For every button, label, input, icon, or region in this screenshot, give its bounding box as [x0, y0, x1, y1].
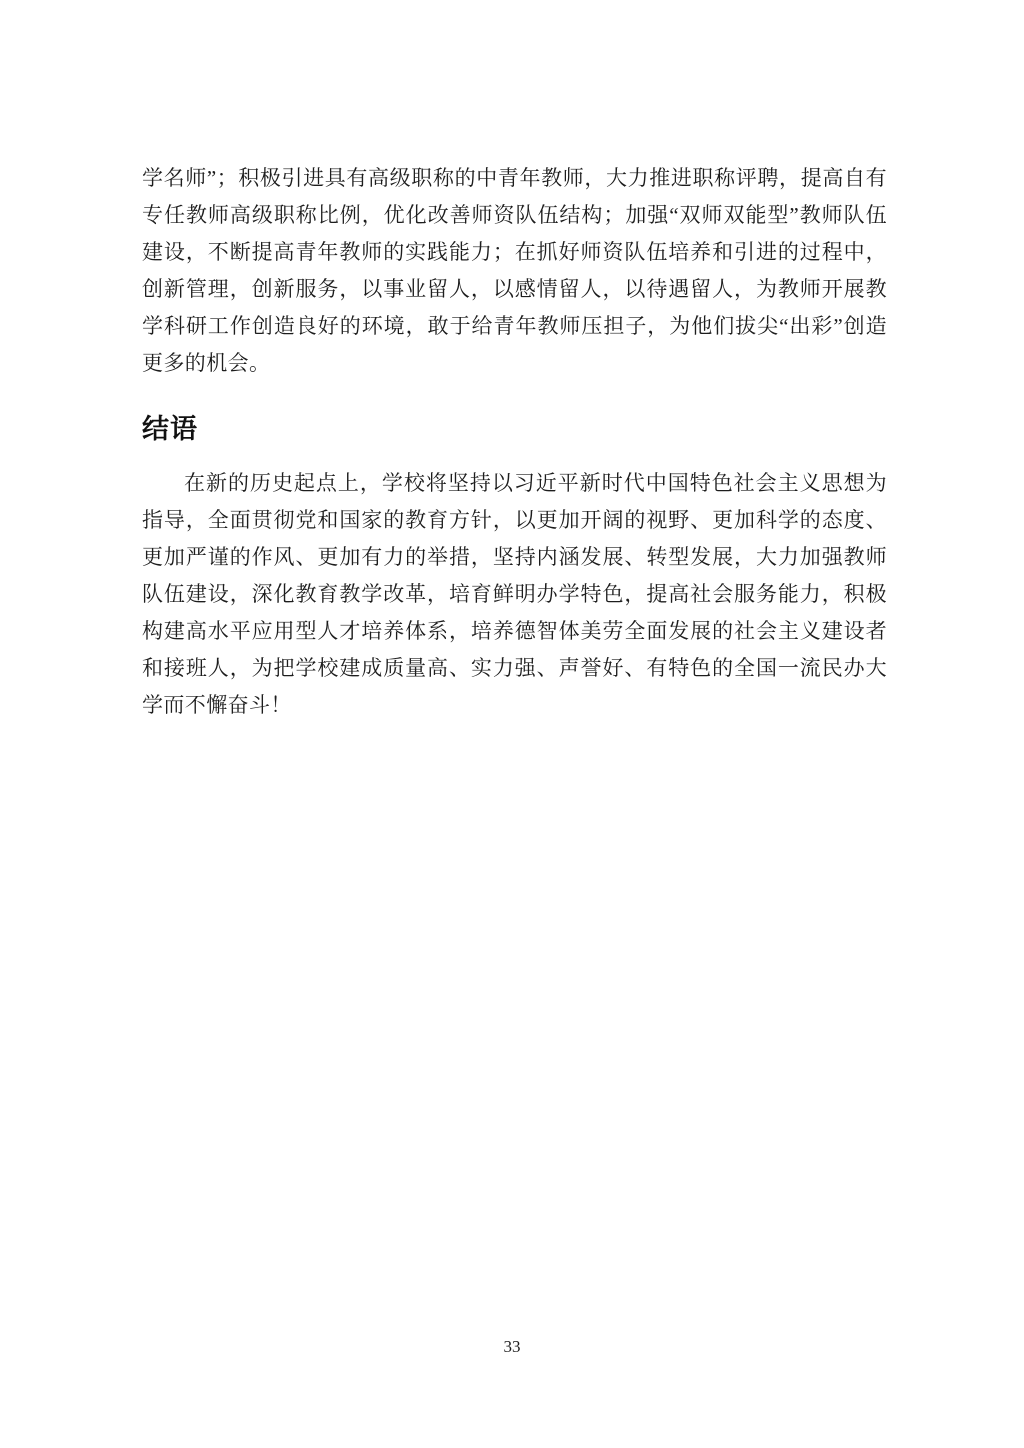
section-heading: 结语: [142, 407, 887, 446]
conclusion-paragraph: 在新的历史起点上，学校将坚持以习近平新时代中国特色社会主义思想为指导，全面贯彻党…: [142, 465, 887, 724]
paragraph-continuation: 学名师”；积极引进具有高级职称的中青年教师，大力推进职称评聘，提高自有专任教师高…: [142, 160, 887, 382]
page-content: 学名师”；积极引进具有高级职称的中青年教师，大力推进职称评聘，提高自有专任教师高…: [142, 160, 887, 724]
page-number: 33: [0, 1337, 1024, 1357]
document-page: 学名师”；积极引进具有高级职称的中青年教师，大力推进职称评聘，提高自有专任教师高…: [0, 0, 1024, 1448]
